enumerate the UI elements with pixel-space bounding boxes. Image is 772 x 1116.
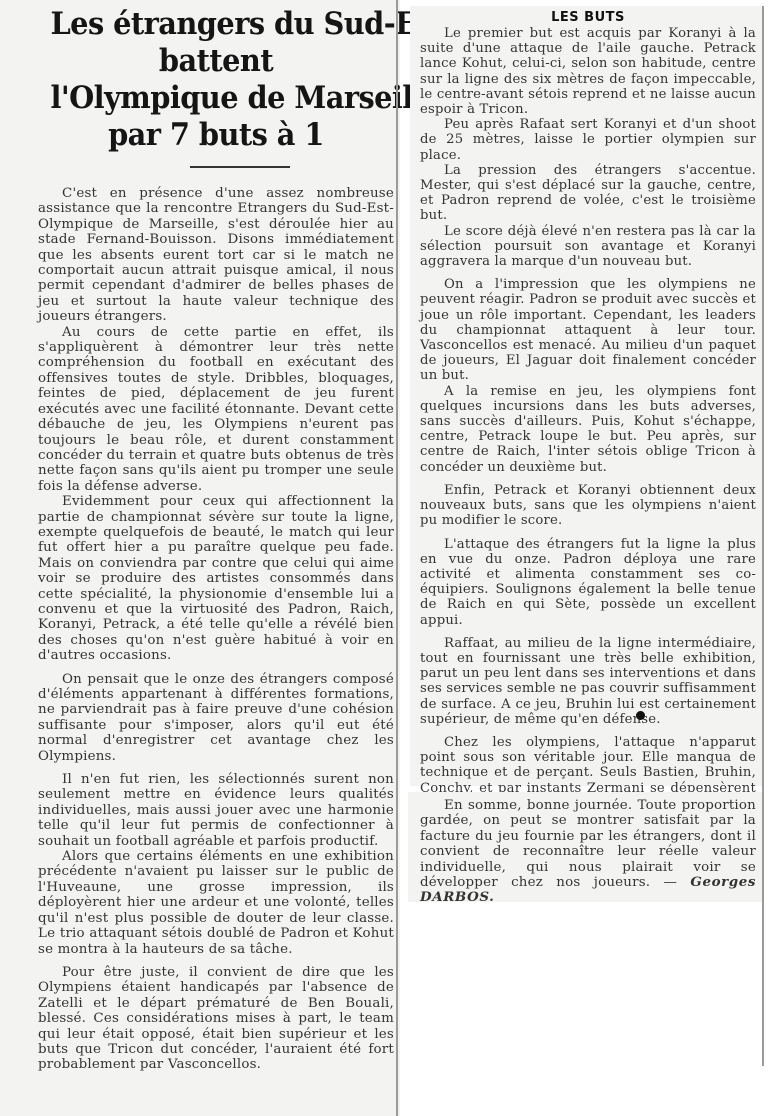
right-column: LES BUTS Le premier but est acquis par K…	[410, 6, 762, 786]
column-divider-left	[396, 0, 398, 1116]
goals-paragraph: La pression des étrangers s'accentue. Me…	[420, 163, 756, 224]
article-paragraph: Evidemment pour ceux qui affectionnent l…	[38, 494, 394, 663]
article-paragraph: C'est en présence d'une assez nombreuse …	[38, 186, 394, 325]
goals-paragraph: Enfin, Petrack et Koranyi obtiennent deu…	[420, 483, 756, 529]
article-paragraph: Il n'en fut rien, les sélectionnés suren…	[38, 772, 394, 849]
closing-paragraph: En somme, bonne journée. Toute proportio…	[420, 798, 756, 906]
article-paragraph: Au cours de cette partie en effet, ils s…	[38, 325, 394, 494]
closing-block: En somme, bonne journée. Toute proportio…	[408, 792, 762, 902]
article-paragraph: Alors que certains éléments en une exhib…	[38, 849, 394, 957]
goals-paragraph: Peu après Rafaat sert Koranyi et d'un sh…	[420, 117, 756, 163]
column-divider-right	[762, 6, 764, 1066]
headline-line-2: battent	[50, 43, 381, 80]
headline-divider	[190, 166, 290, 168]
goals-paragraph: Le score déjà élevé n'en restera pas là …	[420, 224, 756, 270]
left-article-body: C'est en présence d'une assez nombreuse …	[38, 186, 394, 1073]
article-paragraph: On pensait que le onze des étrangers com…	[38, 672, 394, 764]
article-paragraph: Pour être juste, il convient de dire que…	[38, 965, 394, 1073]
headline-line-3: l'Olympique de Marseille	[50, 80, 381, 117]
section-title-les-buts: LES BUTS	[420, 10, 756, 25]
headline-line-4: par 7 buts à 1	[50, 117, 381, 154]
right-article-body: Le premier but est acquis par Koranyi à …	[420, 26, 756, 811]
headline-line-1: Les étrangers du Sud-Est	[50, 6, 381, 43]
goals-paragraph: On a l'impression que les olympiens ne p…	[420, 277, 756, 383]
goals-paragraph: A la remise en jeu, les olympiens font q…	[420, 384, 756, 475]
left-column: Les étrangers du Sud-Est battent l'Olymp…	[0, 0, 400, 1116]
headline: Les étrangers du Sud-Est battent l'Olymp…	[50, 6, 381, 154]
goals-paragraph: Raffaat, au milieu de la ligne intermédi…	[420, 636, 756, 727]
goals-paragraph: Le premier but est acquis par Koranyi à …	[420, 26, 756, 117]
goals-paragraph: L'attaque des étrangers fut la ligne la …	[420, 537, 756, 628]
